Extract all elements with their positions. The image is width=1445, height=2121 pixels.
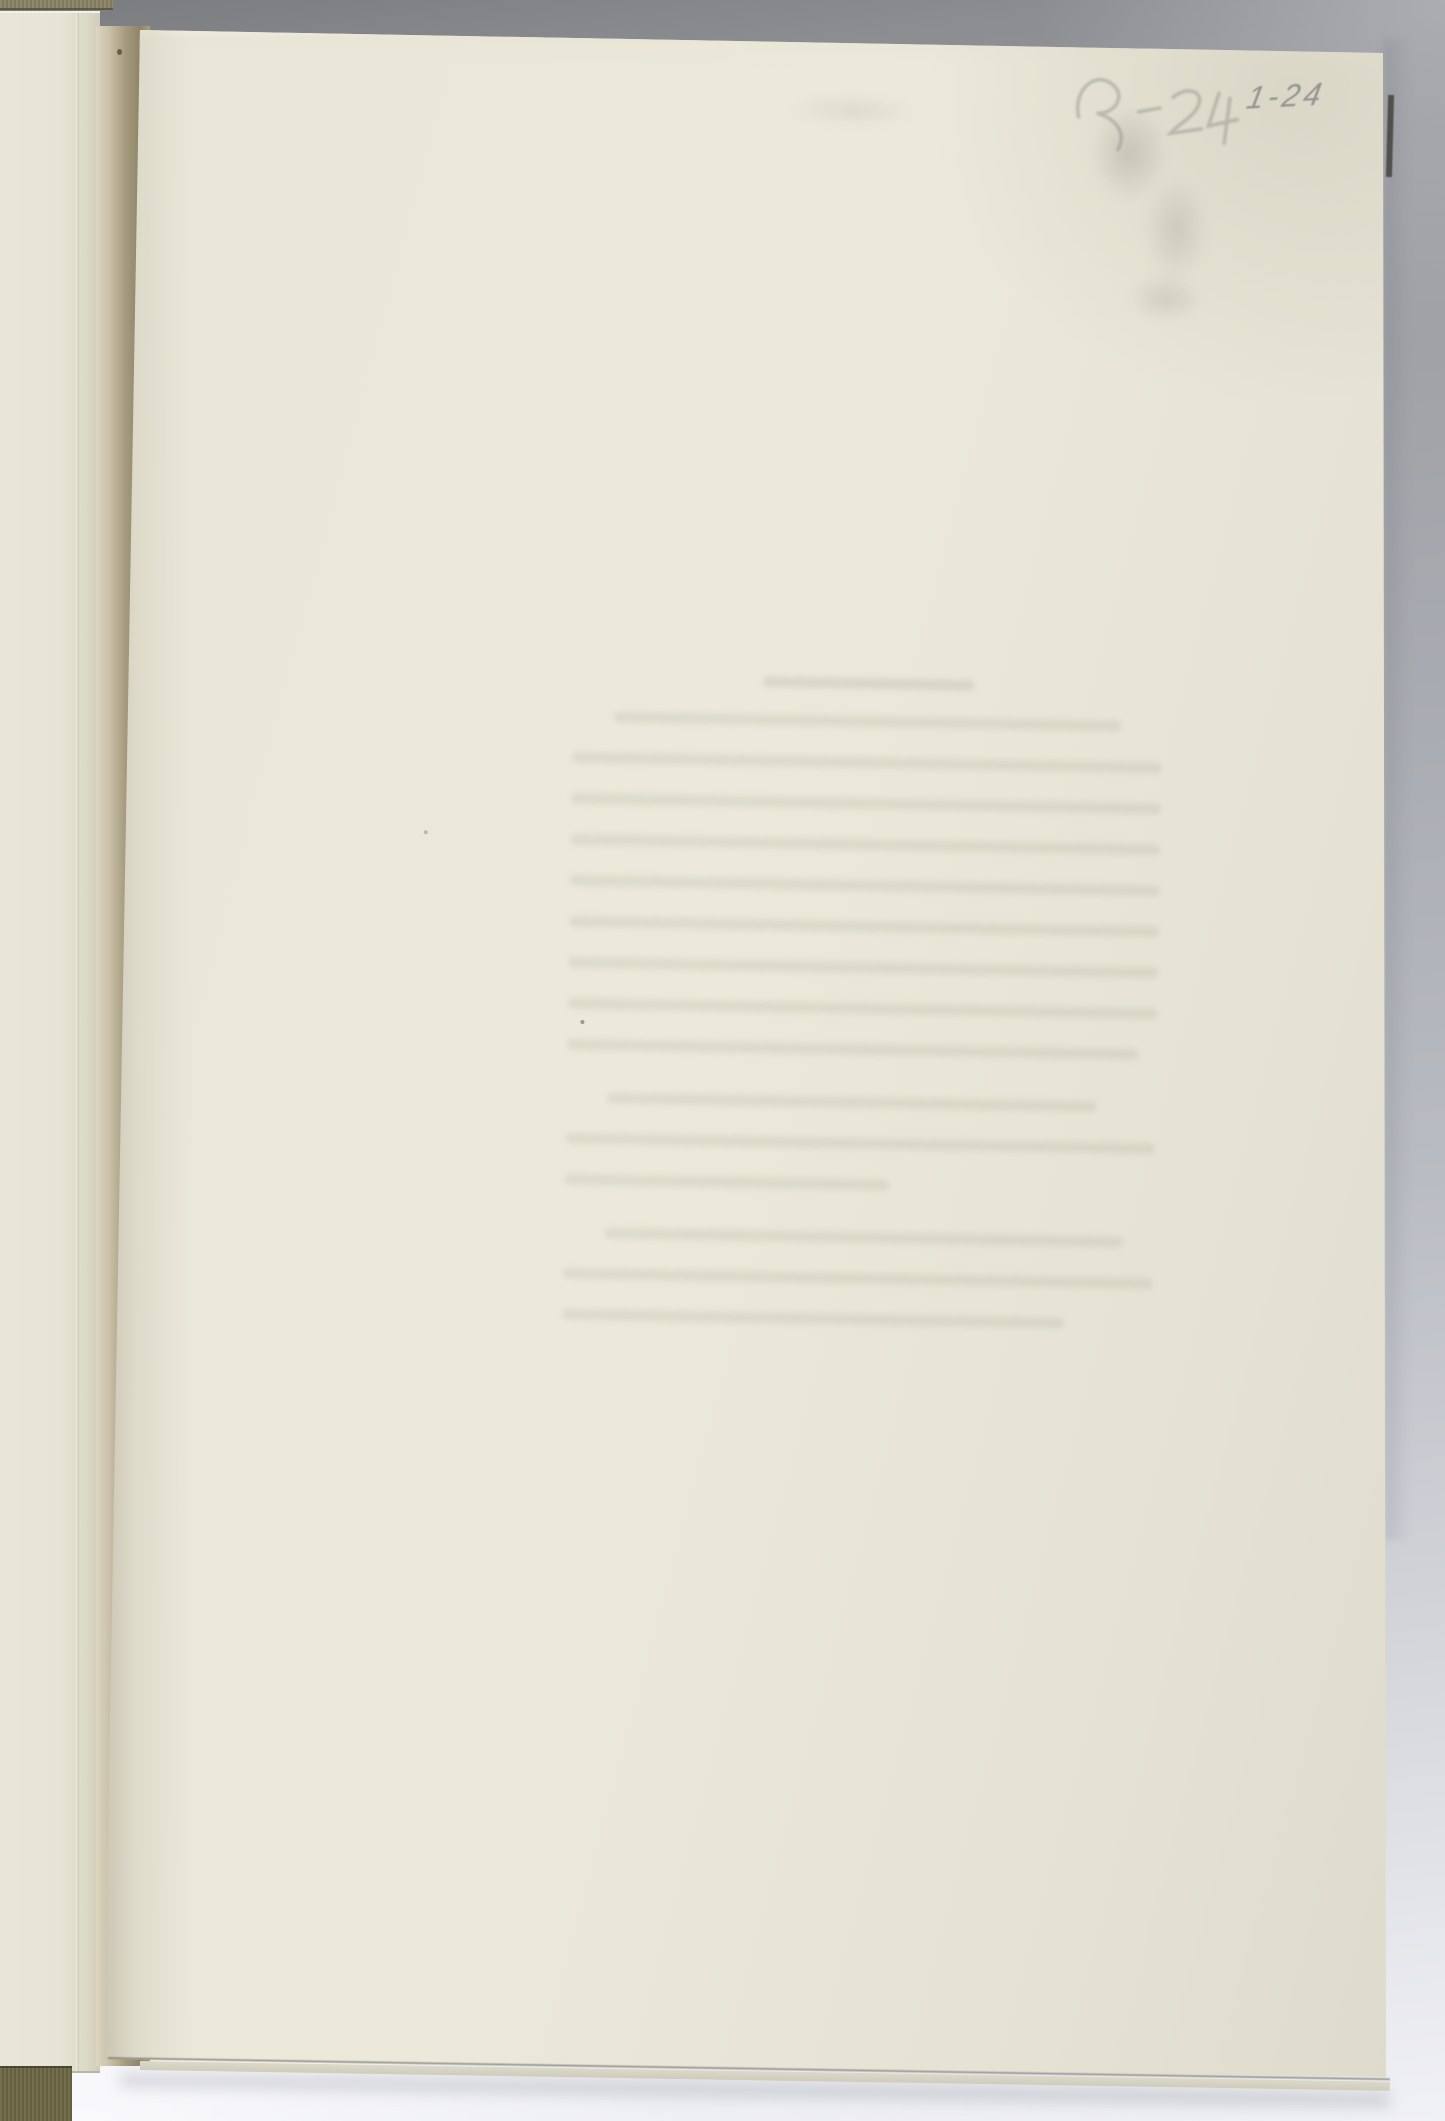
page-content-layer: 1-24 <box>104 30 1385 2080</box>
gutter-speck <box>117 49 122 55</box>
ghost-text-line <box>614 712 1122 732</box>
book-photograph: 1-24 <box>0 0 1445 2121</box>
graphite-smudge <box>1110 262 1221 334</box>
ghost-text-line <box>571 834 1161 856</box>
page-right-cast-shadow <box>1384 40 1410 1540</box>
graphite-smudge <box>763 86 944 134</box>
ghost-text-line <box>568 957 1158 979</box>
ghost-text-line <box>571 793 1161 815</box>
ghost-text-line <box>570 875 1160 897</box>
blank-recto-page: 1-24 <box>100 28 1390 2083</box>
paper-speck <box>580 1020 584 1024</box>
ghost-text-line <box>565 1174 890 1191</box>
ghost-text-line <box>572 752 1162 774</box>
ghost-text-line <box>563 1268 1153 1290</box>
ghost-text-line <box>568 998 1158 1020</box>
paper-speck <box>424 830 428 834</box>
ghost-heading-line <box>762 676 975 691</box>
pencil-inscription: 1-24 <box>1244 76 1329 116</box>
cloth-cover-bottom-corner <box>0 2066 72 2121</box>
ghost-text-line <box>569 916 1159 938</box>
left-page-stack <box>0 11 100 2073</box>
ghost-text-line <box>565 1133 1155 1155</box>
ghost-text-line <box>567 1039 1139 1060</box>
show-through-text-block <box>562 673 1164 1360</box>
cloth-cover-top-edge <box>0 0 113 10</box>
graphite-smudge <box>1084 109 1222 286</box>
ghost-text-line <box>562 1309 1064 1329</box>
